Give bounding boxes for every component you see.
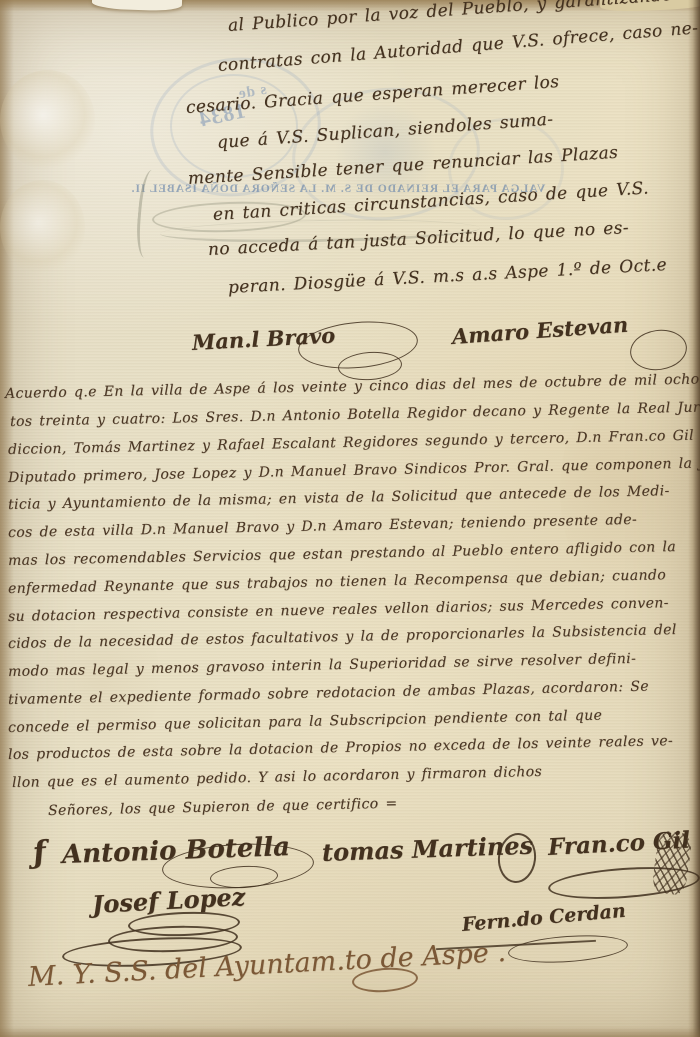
- acta-line: los productos de esta sobre la dotacion …: [8, 733, 673, 763]
- signature-francisco-gil: Fran.co Gil: [547, 827, 690, 861]
- margin-mark: ƒ: [31, 835, 47, 871]
- left-edge-gutter: [0, 0, 14, 1037]
- gil-rubric-sweep: [547, 863, 700, 904]
- cerdan-rubric-ellipse: [507, 932, 629, 966]
- torn-top-notch: [92, 0, 183, 12]
- petition-line: cesario. Gracia que esperan merecer los: [185, 72, 560, 118]
- acta-line: ticia y Ayuntamiento de la misma; en vis…: [8, 483, 670, 513]
- estevan-rubric: [627, 326, 689, 374]
- lopez-rubric-loop2: [108, 924, 239, 955]
- acta-line: Diputado primero, Jose Lopez y D.n Manue…: [8, 455, 700, 486]
- acta-line: diccion, Tomás Martinez y Rafael Escalan…: [8, 428, 694, 458]
- petition-line: que á V.S. Suplican, siendoles suma-: [216, 110, 554, 153]
- acta-line: su dotacion respectiva consiste en nueve…: [8, 595, 669, 625]
- acta-line: modo mas legal y menos gravoso interin l…: [8, 651, 637, 680]
- manuscript-page: s de 1834 VALGA PARA EL REINADO DE S. M.…: [0, 0, 700, 1037]
- signature-amaro-estevan: Amaro Estevan: [451, 312, 629, 349]
- acta-line: cos de esta villa D.n Manuel Bravo y D.n…: [8, 512, 637, 541]
- petition-line: no acceda á tan justa Solicitud, lo que …: [207, 218, 629, 260]
- bottom-edge-shadow: [0, 1027, 700, 1037]
- right-edge-binding: [688, 0, 700, 1037]
- acta-line: tivamente el expediente formado sobre re…: [8, 679, 649, 708]
- acta-line: llon que es el aumento pedido. Y asi lo …: [12, 764, 542, 791]
- closing-dedication: M. Y. S.S. del Ayuntam.to de Aspe .: [27, 937, 506, 993]
- signature-josef-lopez: Josef Lopez: [91, 882, 246, 919]
- acta-line: mas los recomendables Servicios que esta…: [8, 539, 676, 569]
- acta-line: cidos de la necesidad de estos facultati…: [8, 622, 677, 652]
- acta-line: Acuerdo q.e En la villa de Aspe á los ve…: [5, 371, 700, 402]
- blind-emboss-circle-upper: [0, 70, 95, 170]
- signature-antonio-botella: Antonio Botella: [61, 832, 290, 870]
- paper-stain-midleft: [40, 600, 160, 760]
- acta-line: enfermedad Reynante que sus trabajos no …: [8, 567, 666, 597]
- blind-emboss-circle-lower: [0, 180, 85, 275]
- acta-line: Señores, los que Supieron de que certifi…: [48, 796, 398, 819]
- petition-line: peran. Diosgüe á V.S. m.s a.s Aspe 1.º d…: [227, 255, 667, 298]
- acta-line: concede el permiso que solicitan para la…: [8, 708, 603, 736]
- acta-line: tos treinta y cuatro: Los Sres. D.n Anto…: [10, 399, 700, 430]
- signature-tomas-martines: tomas Martines: [321, 831, 533, 867]
- signature-manuel-bravo: Man.l Bravo: [191, 323, 335, 355]
- signature-secretary-cerdan: Fern.do Cerdan: [461, 900, 626, 936]
